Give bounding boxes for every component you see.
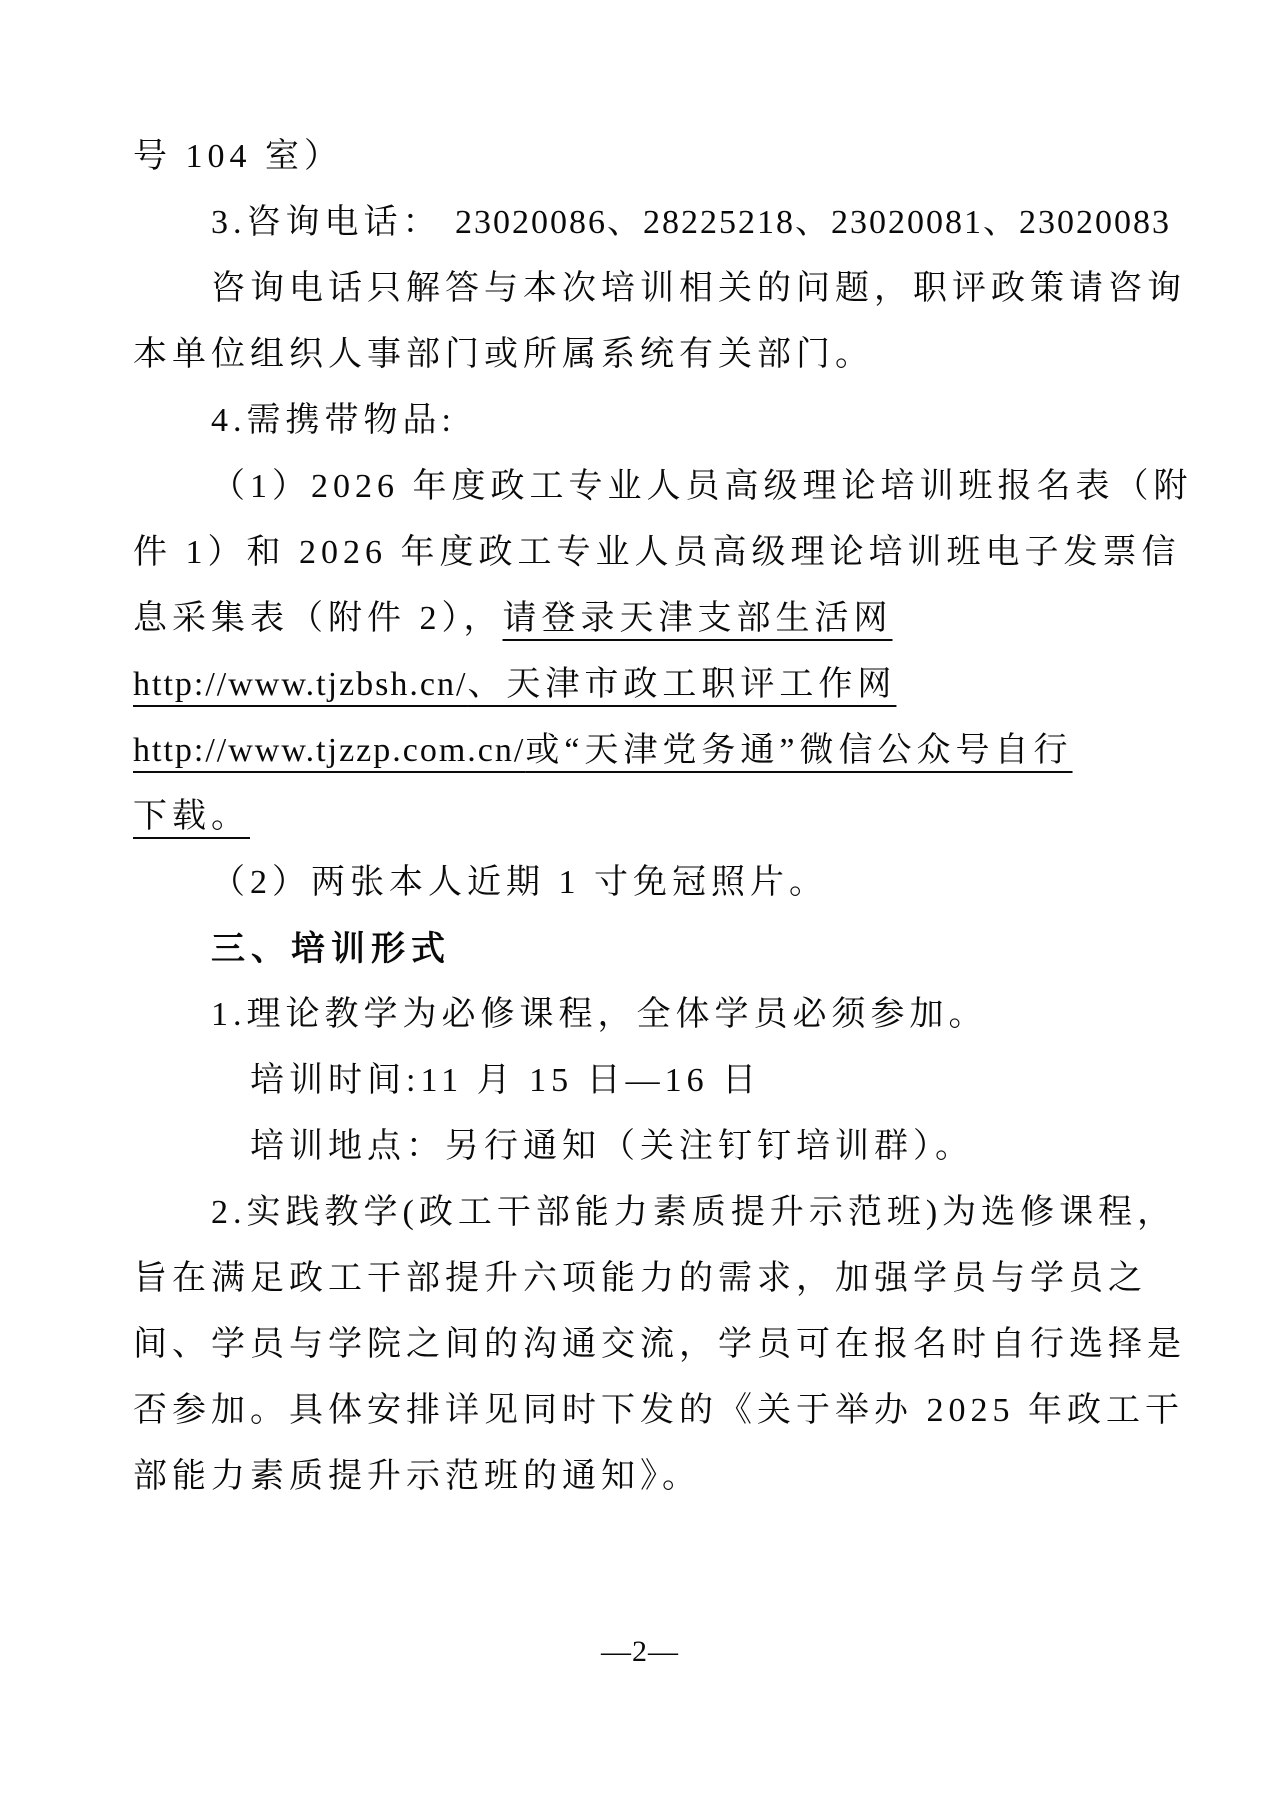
underlined-text: 请登录天津支部生活网 bbox=[503, 600, 893, 637]
text-line: http://www.tjzbsh.cn/、天津市政工职评工作网 bbox=[133, 652, 1153, 718]
url-text: http://www.tjzzp.com.cn/ bbox=[133, 732, 525, 769]
text-segment: 件 1）和 2026 年度政工专业人员高级理论培训班电子发票信 bbox=[133, 534, 1181, 571]
text-line: 三、培训形式 bbox=[133, 916, 1153, 982]
text-segment: 本单位组织人事部门或所属系统有关部门。 bbox=[133, 336, 874, 373]
text-line: http://www.tjzzp.com.cn/或“天津党务通”微信公众号自行 bbox=[133, 718, 1153, 784]
text-line: 3.咨询电话： 23020086、28225218、23020081、23020… bbox=[133, 190, 1153, 256]
text-line: 件 1）和 2026 年度政工专业人员高级理论培训班电子发票信 bbox=[133, 520, 1153, 586]
text-line: 1.理论教学为必修课程，全体学员必须参加。 bbox=[133, 982, 1153, 1048]
text-segment: 咨询电话只解答与本次培训相关的问题，职评政策请咨询 bbox=[211, 270, 1186, 307]
text-line: （1）2026 年度政工专业人员高级理论培训班报名表（附 bbox=[133, 454, 1153, 520]
text-segment: 2.实践教学(政工干部能力素质提升示范班)为选修课程， bbox=[211, 1194, 1176, 1231]
text-segment: 间、学员与学院之间的沟通交流，学员可在报名时自行选择是 bbox=[133, 1326, 1186, 1363]
document-page: 号 104 室）3.咨询电话： 23020086、28225218、230200… bbox=[0, 0, 1280, 1810]
underlined-text: 、天津市政工职评工作网 bbox=[467, 666, 896, 703]
text-segment: 3.咨询电话： bbox=[211, 204, 455, 241]
text-segment: （2）两张本人近期 1 寸免冠照片。 bbox=[211, 864, 828, 901]
text-line: 本单位组织人事部门或所属系统有关部门。 bbox=[133, 322, 1153, 388]
text-segment: （1）2026 年度政工专业人员高级理论培训班报名表（附 bbox=[211, 468, 1193, 505]
url-text: http://www.tjzbsh.cn/ bbox=[133, 666, 467, 703]
text-segment: 息采集表（附件 2）， bbox=[133, 600, 503, 637]
text-line: 部能力素质提升示范班的通知》。 bbox=[133, 1444, 1153, 1510]
text-segment: 三、培训形式 bbox=[211, 930, 451, 968]
text-segment: 号 104 室） bbox=[133, 138, 343, 175]
text-line: 2.实践教学(政工干部能力素质提升示范班)为选修课程， bbox=[133, 1180, 1153, 1246]
text-segment: 培训时间:11 月 15 日—16 日 bbox=[250, 1062, 761, 1099]
text-segment: 培训地点：另行通知（关注钉钉培训群）。 bbox=[250, 1128, 974, 1165]
underlined-text: 下载。 bbox=[133, 798, 250, 835]
text-segment: 否参加。具体安排详见同时下发的《关于举办 2025 年政工干 bbox=[133, 1392, 1184, 1429]
text-line: 旨在满足政工干部提升六项能力的需求，加强学员与学员之 bbox=[133, 1246, 1153, 1312]
text-line: 下载。 bbox=[133, 784, 1153, 850]
document-body: 号 104 室）3.咨询电话： 23020086、28225218、230200… bbox=[133, 124, 1153, 1510]
text-line: （2）两张本人近期 1 寸免冠照片。 bbox=[133, 850, 1153, 916]
text-line: 培训地点：另行通知（关注钉钉培训群）。 bbox=[133, 1114, 1153, 1180]
text-line: 否参加。具体安排详见同时下发的《关于举办 2025 年政工干 bbox=[133, 1378, 1153, 1444]
text-line: 号 104 室） bbox=[133, 124, 1153, 190]
text-line: 培训时间:11 月 15 日—16 日 bbox=[133, 1048, 1153, 1114]
text-segment: 23020086、28225218、23020081、23020083 bbox=[455, 204, 1171, 241]
text-line: 息采集表（附件 2），请登录天津支部生活网 bbox=[133, 586, 1153, 652]
text-segment: 旨在满足政工干部提升六项能力的需求，加强学员与学员之 bbox=[133, 1260, 1147, 1297]
text-segment: 部能力素质提升示范班的通知》。 bbox=[133, 1458, 701, 1495]
page-number: —2— bbox=[0, 1630, 1280, 1674]
text-line: 4.需携带物品: bbox=[133, 388, 1153, 454]
text-segment: 4.需携带物品: bbox=[211, 402, 456, 439]
text-line: 咨询电话只解答与本次培训相关的问题，职评政策请咨询 bbox=[133, 256, 1153, 322]
text-line: 间、学员与学院之间的沟通交流，学员可在报名时自行选择是 bbox=[133, 1312, 1153, 1378]
underlined-text: 或“天津党务通”微信公众号自行 bbox=[525, 732, 1072, 769]
text-segment: 1.理论教学为必修课程，全体学员必须参加。 bbox=[211, 996, 988, 1033]
